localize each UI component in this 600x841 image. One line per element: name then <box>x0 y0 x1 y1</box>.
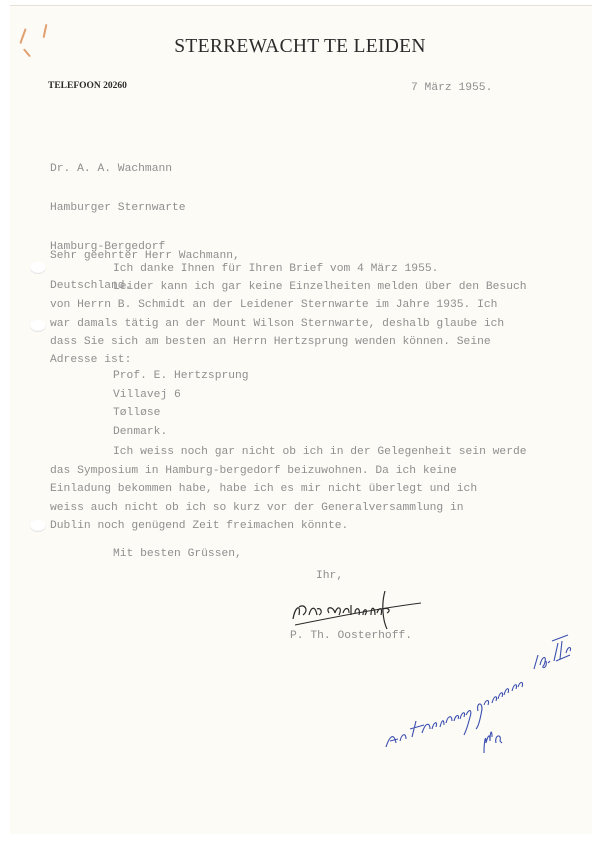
body-line: das Symposium in Hamburg-bergedorf beizu… <box>50 465 457 478</box>
body-line: dass Sie sich am besten an Herrn Hertzsp… <box>50 336 491 349</box>
punch-hole <box>30 520 46 532</box>
body-line: von Herrn B. Schmidt an der Leidener Ste… <box>50 299 497 312</box>
body-line: Einladung bekommen habe, habe ich es mir… <box>50 483 477 496</box>
body-line: war damals tätig an der Mount Wilson Ste… <box>50 318 504 331</box>
closing-ihr: Ihr, <box>316 570 343 583</box>
letterhead-phone: TELEFOON 20260 <box>48 81 127 91</box>
punch-hole <box>30 320 46 332</box>
handwritten-note <box>372 625 572 755</box>
punch-hole <box>30 262 46 274</box>
closing: Mit besten Grüssen, <box>113 548 242 561</box>
body-line: Dublin noch genügend Zeit freimachen kön… <box>50 520 348 533</box>
letterhead-title: STERREWACHT TE LEIDEN <box>0 36 600 58</box>
salutation: Sehr geehrter Herr Wachmann, <box>50 250 240 263</box>
body-line: Villavej 6 <box>113 389 181 402</box>
body-line: Tølløse <box>113 407 160 420</box>
recipient-line: Hamburger Sternwarte <box>50 202 186 215</box>
recipient-line: Dr. A. A. Wachmann <box>50 163 186 176</box>
body-line: Denmark. <box>113 426 167 439</box>
body-line: weiss auch nicht ob ich so kurz vor der … <box>50 502 464 515</box>
body-line: Leider kann ich gar keine Einzelheiten m… <box>113 281 527 294</box>
body-line: Prof. E. Hertzsprung <box>113 370 249 383</box>
body-line: Adresse ist: <box>50 354 131 367</box>
body-line: Ich danke Ihnen für Ihren Brief vom 4 Mä… <box>113 263 438 276</box>
letter-date: 7 März 1955. <box>411 82 492 95</box>
signature <box>285 585 425 630</box>
body-line: Ich weiss noch gar nicht ob ich in der G… <box>113 446 527 459</box>
